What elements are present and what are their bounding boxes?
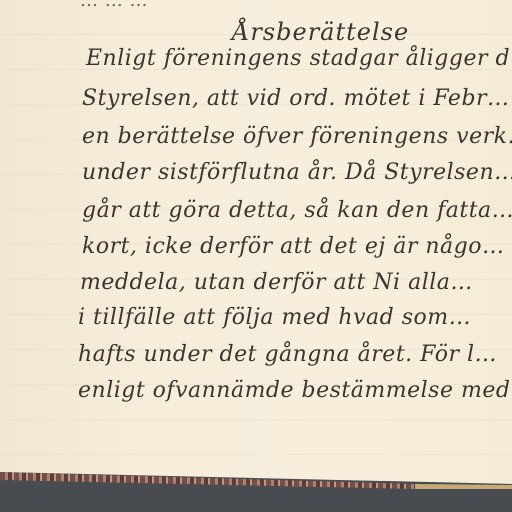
text-line: en berättelse öfver föreningens verk… (82, 124, 512, 149)
text-line: hafts under det gångna året. För l… (78, 342, 497, 367)
text-line: enligt ofvannämde bestämmelse med… (78, 378, 512, 403)
text-line: meddela, utan derför att Ni alla… (80, 270, 473, 295)
top-line-fragment: … … … (80, 0, 148, 11)
text-line: under sistförflutna år. Då Styrelsen… (82, 160, 512, 185)
text-line: i tillfälle att följa med hvad som… (78, 305, 471, 330)
text-line: Enligt föreningens stadgar åligger d… (86, 46, 512, 71)
text-line: Styrelsen, att vid ord. mötet i Febr… (82, 86, 510, 111)
text-line: går att göra detta, så kan den fatta… (82, 198, 512, 223)
scanned-page-scene: … … … Årsberättelse Enligt föreningens s… (0, 0, 512, 512)
text-line: kort, icke derför att det ej är någo… (82, 234, 504, 259)
page-heading: Årsberättelse (232, 18, 409, 46)
